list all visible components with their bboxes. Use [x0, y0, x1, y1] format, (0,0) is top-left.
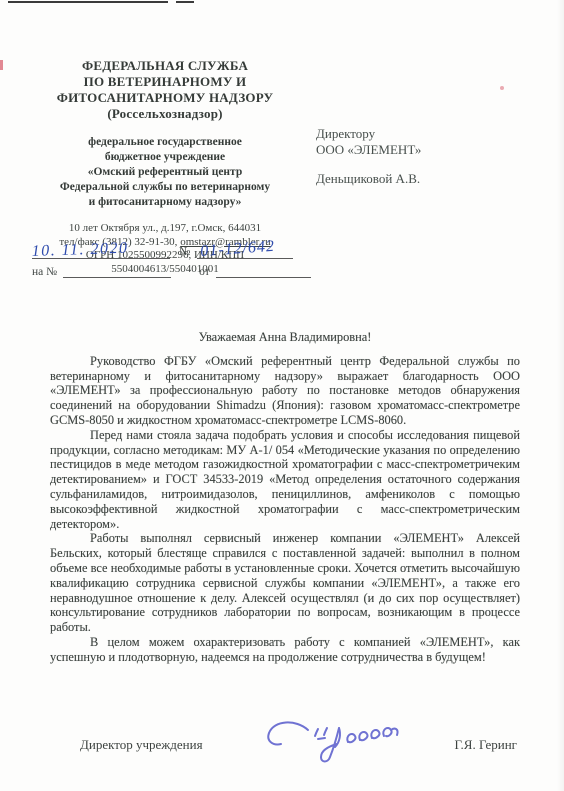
letter-body: Уважаемая Анна Владимировна! Руководство…	[50, 330, 520, 665]
body-paragraph: Работы выполнял сервисный инженер компан…	[50, 531, 520, 635]
signer-position: Директор учреждения	[80, 737, 203, 753]
institution-name: федеральное государственное бюджетное уч…	[25, 135, 305, 210]
scanned-letter-page: ФЕДЕРАЛЬНАЯ СЛУЖБА ПО ВЕТЕРИНАРНОМУ И ФИ…	[0, 0, 564, 791]
body-paragraph: Перед нами стояла задача подобрать услов…	[50, 428, 520, 532]
reply-number-underline	[63, 262, 171, 278]
salutation: Уважаемая Анна Владимировна!	[50, 330, 520, 345]
red-ink-artifact	[500, 86, 504, 90]
institution-name-line: Федеральной службы по ветеринарному	[25, 180, 305, 195]
address-line: 10 лет Октября ул., д.197, г.Омск, 64403…	[25, 222, 305, 236]
reply-reference-row: на № от	[32, 262, 322, 278]
org-name: ФЕДЕРАЛЬНАЯ СЛУЖБА ПО ВЕТЕРИНАРНОМУ И ФИ…	[25, 58, 305, 122]
org-name-line: ФЕДЕРАЛЬНАЯ СЛУЖБА	[25, 58, 305, 74]
institution-name-line: федеральное государственное	[25, 135, 305, 150]
scan-edge-line	[8, 1, 168, 3]
org-name-line: (Россельхознадзор)	[25, 106, 305, 122]
institution-name-line: «Омский референтный центр	[25, 165, 305, 180]
addressee-name: Деньщиковой А.В.	[316, 171, 421, 187]
handwritten-date: 10. 11. 2020	[31, 240, 128, 261]
handwritten-signature	[262, 717, 402, 767]
reference-block: 10. 11. 2020 № 01-12/642 на № от	[32, 243, 322, 278]
signer-name: Г.Я. Геринг	[454, 737, 517, 753]
org-name-line: ПО ВЕТЕРИНАРНОМУ И	[25, 74, 305, 90]
handwritten-number: 01-12/642	[200, 238, 276, 261]
na-label: на №	[32, 266, 57, 278]
outgoing-date-row: 10. 11. 2020 № 01-12/642	[32, 243, 322, 259]
body-paragraph: В целом можем охарактеризовать работу с …	[50, 635, 520, 665]
red-ink-artifact	[0, 60, 3, 70]
addressee-position: Директору	[316, 126, 421, 142]
institution-name-line: и фитосанитарному надзору»	[25, 195, 305, 210]
scan-edge-line-dash	[176, 1, 194, 3]
addressee-company: ООО «ЭЛЕМЕНТ»	[316, 142, 421, 158]
ot-label: от	[199, 266, 210, 278]
date-underline: 10. 11. 2020	[32, 243, 170, 259]
institution-name-line: бюджетное учреждение	[25, 150, 305, 165]
org-name-line: ФИТОСАНИТАРНОМУ НАДЗОРУ	[25, 90, 305, 106]
number-sign: №	[179, 244, 190, 259]
addressee-block: Директору ООО «ЭЛЕМЕНТ» Деньщиковой А.В.	[316, 126, 421, 187]
reply-date-underline	[216, 262, 311, 278]
body-paragraph: Руководство ФГБУ «Омский референтный цен…	[50, 354, 520, 428]
number-underline: 01-12/642	[197, 243, 293, 259]
